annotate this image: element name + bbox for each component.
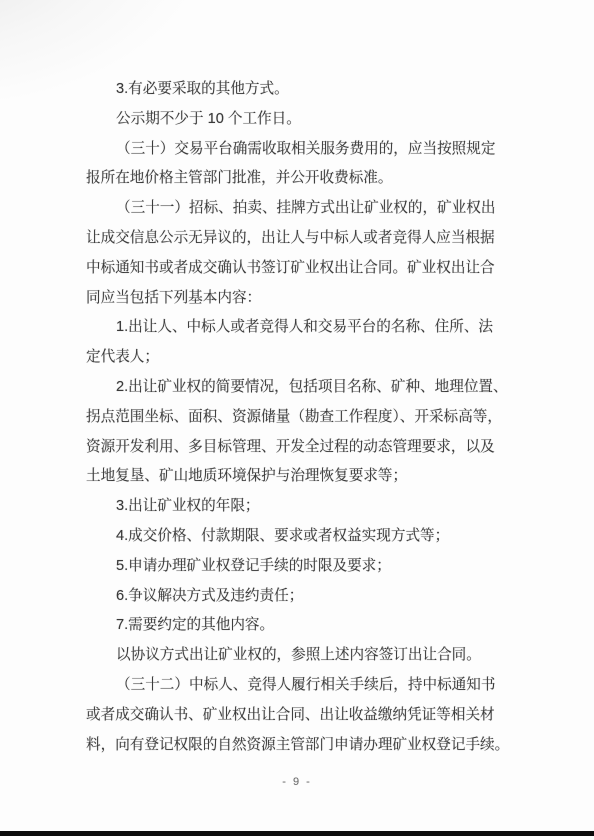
text-line: 中标通知书或者成交确认书签订矿业权出让合同。矿业权出让合 xyxy=(86,254,510,284)
text-line: （三十）交易平台确需收取相关服务费用的，应当按照规定 xyxy=(86,135,510,165)
text-line: 1.出让人、中标人或者竞得人和交易平台的名称、住所、法 xyxy=(86,313,510,343)
text-line: 定代表人； xyxy=(86,343,510,373)
document-page: { "colors": { "paper": "#fdfdfd", "text"… xyxy=(0,0,594,840)
text-line: （三十一）招标、拍卖、挂牌方式出让矿业权的，矿业权出 xyxy=(86,194,510,224)
text-line: 报所在地价格主管部门批准，并公开收费标准。 xyxy=(86,164,510,194)
text-line: 6.争议解决方式及违约责任； xyxy=(86,582,510,612)
text-line: （三十二）中标人、竞得人履行相关手续后，持中标通知书 xyxy=(86,671,510,701)
text-line: 4.成交价格、付款期限、要求或者权益实现方式等； xyxy=(86,522,510,552)
text-line: 3.出让矿业权的年限； xyxy=(86,492,510,522)
text-line: 以协议方式出让矿业权的，参照上述内容签订出让合同。 xyxy=(86,641,510,671)
text-line: 或者成交确认书、矿业权出让合同、出让收益缴纳凭证等相关材 xyxy=(86,701,510,731)
text-line: 资源开发利用、多目标管理、开发全过程的动态管理要求，以及 xyxy=(86,433,510,463)
text-line: 2.出让矿业权的简要情况，包括项目名称、矿种、地理位置、 xyxy=(86,373,510,403)
text-line: 土地复垦、矿山地质环境保护与治理恢复要求等； xyxy=(86,462,510,492)
page-number: - 9 - xyxy=(0,776,594,788)
text-line: 料，向有登记权限的自然资源主管部门申请办理矿业权登记手续。 xyxy=(86,731,510,761)
text-line: 同应当包括下列基本内容： xyxy=(86,284,510,314)
document-body: 3.有必要采取的其他方式。公示期不少于 10 个工作日。（三十）交易平台确需收取… xyxy=(86,75,510,760)
text-line: 公示期不少于 10 个工作日。 xyxy=(86,105,510,135)
text-line: 让成交信息公示无异议的，出让人与中标人或者竞得人应当根据 xyxy=(86,224,510,254)
bottom-black-bar xyxy=(0,831,594,836)
text-line: 5.申请办理矿业权登记手续的时限及要求； xyxy=(86,552,510,582)
text-line: 3.有必要采取的其他方式。 xyxy=(86,75,510,105)
text-line: 拐点范围坐标、面积、资源储量（勘查工作程度）、开采标高等， xyxy=(86,403,510,433)
text-line: 7.需要约定的其他内容。 xyxy=(86,611,510,641)
